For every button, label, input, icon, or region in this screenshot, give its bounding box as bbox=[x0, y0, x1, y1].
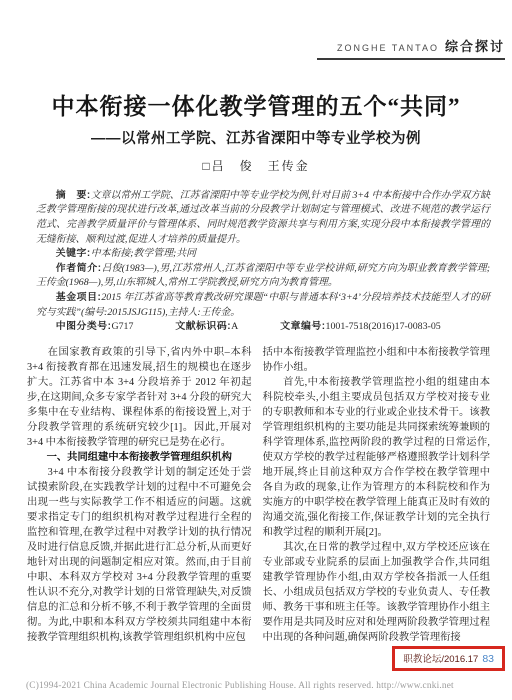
body-columns: 在国家教育政策的引导下,省内外中职–本科 3+4 衔接教育都在迅速发展,招生的规… bbox=[27, 345, 490, 647]
journal-article-page: ZONGHE TANTAO 综合探讨 中本衔接一体化教学管理的五个“共同” ——… bbox=[0, 0, 512, 700]
article-authors: □吕 俊 王传金 bbox=[0, 157, 512, 174]
page-number: 83 bbox=[482, 653, 494, 665]
document-code: 文献标识码:A bbox=[175, 320, 238, 335]
journal-issue-text: 职教论坛/2016.17 bbox=[403, 654, 478, 665]
section-tag: ZONGHE TANTAO 综合探讨 bbox=[317, 36, 505, 60]
section-1-paragraph: 3+4 中本衔接分段教学计划的制定还处于尝试摸索阶段,在实践教学计划的过程中不可… bbox=[27, 465, 252, 645]
section-tag-pinyin: ZONGHE TANTAO bbox=[337, 43, 439, 53]
article-title: 中本衔接一体化教学管理的五个“共同” bbox=[10, 92, 502, 122]
classification-line: 中图分类号:G717 文献标识码:A 文章编号:1001-7518(2016)1… bbox=[36, 320, 490, 335]
right-column: 括中本衔接教学管理监控小组和中本衔接教学管理协作小组。 首先,中本衔接教学管理监… bbox=[263, 345, 491, 647]
left-column: 在国家教育政策的引导下,省内外中职–本科 3+4 衔接教育都在迅速发展,招生的规… bbox=[27, 345, 252, 647]
article-number: 文章编号:1001-7518(2016)17-0083-05 bbox=[280, 320, 441, 335]
copyright-notice: (C)1994-2021 China Academic Journal Elec… bbox=[26, 681, 454, 691]
intro-paragraph: 在国家教育政策的引导下,省内外中职–本科 3+4 衔接教育都在迅速发展,招生的规… bbox=[27, 345, 252, 450]
keywords-text: 中本衔接;教学管理;共同 bbox=[91, 248, 196, 259]
abstract-paragraph: 摘 要:文章以常州工学院、江苏省溧阳中等专业学校为例,针对目前 3+4 中本衔接… bbox=[36, 189, 490, 247]
firstly-paragraph: 首先,中本衔接教学管理监控小组的组建由本科院校牵头,小组主要成员包括双方学校对接… bbox=[263, 375, 491, 540]
section-tag-chinese: 综合探讨 bbox=[445, 36, 505, 55]
keywords-label: 关键字: bbox=[56, 248, 91, 259]
clc-number: 中图分类号:G717 bbox=[56, 320, 134, 335]
secondly-paragraph: 其次,在日常的教学过程中,双方学校还应该在专业部或专业院系的层面上加强教学合作,… bbox=[263, 540, 491, 645]
fund-project-text: 2015 年江苏省高等教育教改研究课题“中职与普通本科‘3+4’分段培养技术技能… bbox=[36, 292, 490, 318]
journal-issue-badge: 职教论坛/2016.1783 bbox=[392, 646, 505, 671]
abstract-text: 文章以常州工学院、江苏省溧阳中等专业学校为例,针对目前 3+4 中本衔接中合作办… bbox=[36, 190, 490, 245]
fund-project-paragraph: 基金项目:2015 年江苏省高等教育教改研究课题“中职与普通本科‘3+4’分段培… bbox=[36, 291, 490, 320]
keywords-paragraph: 关键字:中本衔接;教学管理;共同 bbox=[36, 247, 490, 262]
article-meta-block: 摘 要:文章以常州工学院、江苏省溧阳中等专业学校为例,针对目前 3+4 中本衔接… bbox=[36, 189, 490, 335]
author-bio-paragraph: 作者简介:吕俊(1983—),男,江苏常州人,江苏省溧阳中等专业学校讲师,研究方… bbox=[36, 262, 490, 291]
section-heading-1: 一、共同组建中本衔接教学管理组织机构 bbox=[27, 450, 252, 465]
fund-project-label: 基金项目: bbox=[56, 292, 102, 303]
author-bio-text: 吕俊(1983—),男,江苏常州人,江苏省溧阳中等专业学校讲师,研究方向为职业教… bbox=[36, 263, 490, 289]
author-bio-label: 作者简介: bbox=[56, 263, 102, 274]
abstract-label: 摘 要: bbox=[56, 190, 91, 201]
article-subtitle: ——以常州工学院、江苏省溧阳中等专业学校为例 bbox=[10, 127, 502, 148]
section-1-paragraph-continued: 括中本衔接教学管理监控小组和中本衔接教学管理协作小组。 bbox=[263, 345, 491, 375]
